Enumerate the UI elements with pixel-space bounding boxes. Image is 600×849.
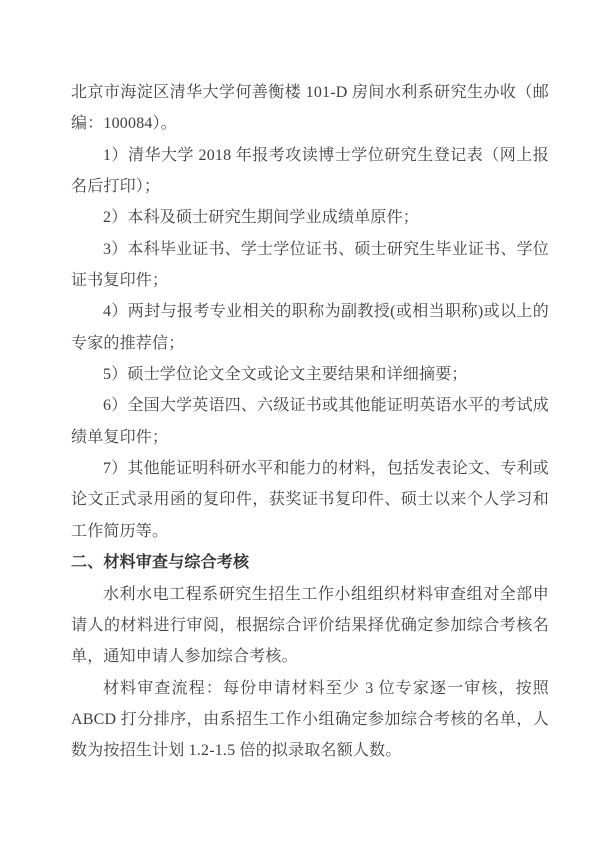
document-body: 北京市海淀区清华大学何善衡楼 101-D 房间水利系研究生办收（邮编：10008… [71, 77, 549, 767]
list-item-1-registration-form: 1）清华大学 2018 年报考攻读博士学位研究生登记表（网上报名后打印）； [71, 140, 549, 203]
list-item-4-recommendations: 4）两封与报考专业相关的职称为副教授(或相当职称)或以上的专家的推荐信； [71, 296, 549, 359]
list-item-3-certificates: 3）本科毕业证书、学士学位证书、硕士研究生毕业证书、学位证书复印件； [71, 234, 549, 297]
paragraph-mailing-address: 北京市海淀区清华大学何善衡楼 101-D 房间水利系研究生办收（邮编：10008… [71, 77, 549, 140]
list-item-7-other-materials: 7）其他能证明科研水平和能力的材料，包括发表论文、专利或论文正式录用函的复印件，… [71, 453, 549, 547]
list-item-6-english-scores: 6）全国大学英语四、六级证书或其他能证明英语水平的考试成绩单复印件； [71, 390, 549, 453]
document-page: 北京市海淀区清华大学何善衡楼 101-D 房间水利系研究生办收（邮编：10008… [0, 0, 600, 849]
list-item-5-thesis: 5）硕士学位论文全文或论文主要结果和详细摘要； [71, 359, 549, 390]
list-item-2-transcripts: 2）本科及硕士研究生期间学业成绩单原件； [71, 202, 549, 233]
paragraph-review-process: 材料审查流程：每份申请材料至少 3 位专家逐一审核，按照 ABCD 打分排序，由… [71, 673, 549, 767]
section-heading-material-review: 二、材料审查与综合考核 [71, 547, 549, 578]
paragraph-review-committee: 水利水电工程系研究生招生工作小组组织材料审查组对全部申请人的材料进行审阅，根据综… [71, 579, 549, 673]
